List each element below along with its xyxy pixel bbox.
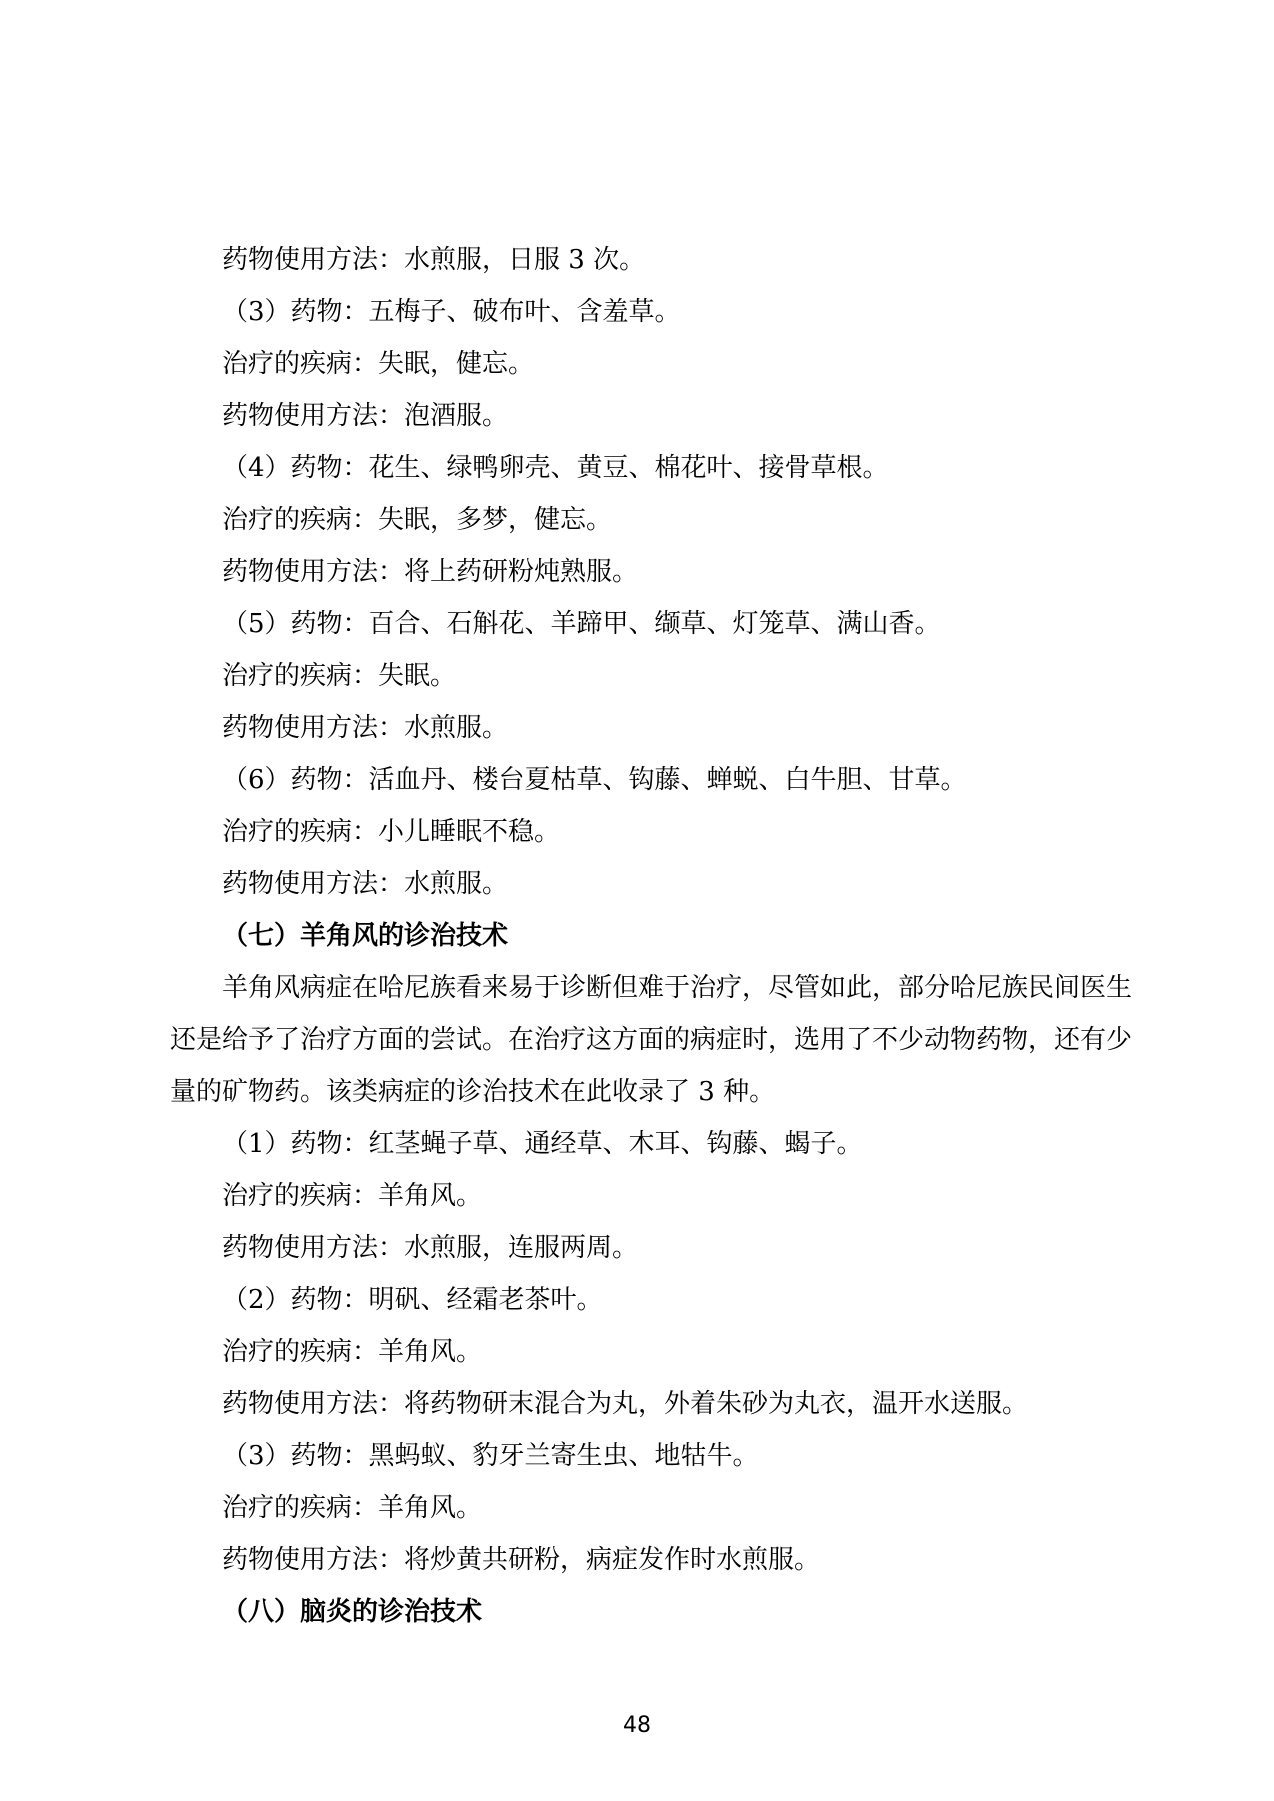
text-line: （1）药物：红茎蝇子草、通经草、木耳、钩藤、蝎子。: [170, 1118, 1108, 1170]
text-line: （2）药物：明矾、经霜老茶叶。: [170, 1274, 1108, 1326]
text-line: 药物使用方法：水煎服。: [170, 858, 1108, 910]
text-line: 治疗的疾病：羊角风。: [170, 1326, 1108, 1378]
text-line: 治疗的疾病：羊角风。: [170, 1170, 1108, 1222]
text-line: （5）药物：百合、石斛花、羊蹄甲、缬草、灯笼草、满山香。: [170, 598, 1108, 650]
text-line: （3）药物：五梅子、破布叶、含羞草。: [170, 286, 1108, 338]
text-line: 治疗的疾病：失眠。: [170, 650, 1108, 702]
text-line: 药物使用方法：将上药研粉炖熟服。: [170, 546, 1108, 598]
section-heading: （八）脑炎的诊治技术: [170, 1586, 1108, 1638]
text-line: 药物使用方法：将炒黄共研粉，病症发作时水煎服。: [170, 1534, 1108, 1586]
text-line: （6）药物：活血丹、楼台夏枯草、钩藤、蝉蜕、白牛胆、甘草。: [170, 754, 1108, 806]
page-number: 48: [0, 1712, 1274, 1740]
text-line: 药物使用方法：将药物研末混合为丸，外着朱砂为丸衣，温开水送服。: [170, 1378, 1108, 1430]
document-body: 药物使用方法：水煎服，日服 3 次。 （3）药物：五梅子、破布叶、含羞草。 治疗…: [170, 234, 1108, 1638]
text-line: 药物使用方法：水煎服。: [170, 702, 1108, 754]
text-line: （3）药物：黑蚂蚁、豹牙兰寄生虫、地牯牛。: [170, 1430, 1108, 1482]
text-line: 治疗的疾病：羊角风。: [170, 1482, 1108, 1534]
text-line: （4）药物：花生、绿鸭卵壳、黄豆、棉花叶、接骨草根。: [170, 442, 1108, 494]
section-heading: （七）羊角风的诊治技术: [170, 910, 1108, 962]
text-line: 药物使用方法：水煎服，连服两周。: [170, 1222, 1108, 1274]
text-line: 药物使用方法：水煎服，日服 3 次。: [170, 234, 1108, 286]
text-line: 治疗的疾病：失眠，多梦，健忘。: [170, 494, 1108, 546]
text-line: 治疗的疾病：失眠，健忘。: [170, 338, 1108, 390]
text-line: 羊角风病症在哈尼族看来易于诊断但难于治疗，尽管如此，部分哈尼族民间医生: [170, 962, 1108, 1014]
text-line: 药物使用方法：泡酒服。: [170, 390, 1108, 442]
text-line: 治疗的疾病：小儿睡眠不稳。: [170, 806, 1108, 858]
text-line: 还是给予了治疗方面的尝试。在治疗这方面的病症时，选用了不少动物药物，还有少: [170, 1014, 1108, 1066]
document-page: 药物使用方法：水煎服，日服 3 次。 （3）药物：五梅子、破布叶、含羞草。 治疗…: [0, 0, 1274, 1801]
text-line: 量的矿物药。该类病症的诊治技术在此收录了 3 种。: [170, 1066, 1108, 1118]
